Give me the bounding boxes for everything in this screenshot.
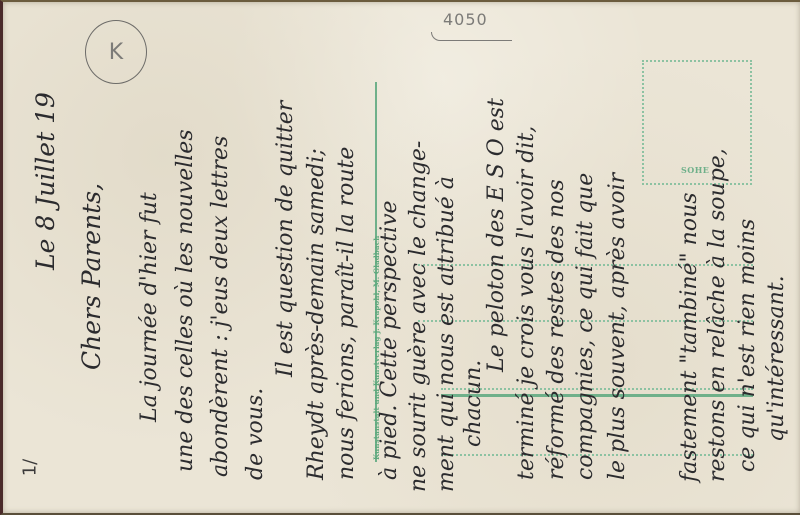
letter-line: nous ferions, paraît-il la route — [336, 147, 358, 480]
letter-line: une des celles où les nouvelles — [175, 129, 197, 472]
letter-line: La journée d'hier fut — [139, 192, 161, 422]
letter-line: ne sourit guère avec le change- — [408, 141, 430, 492]
letter-line: qu'intéressant. — [766, 275, 788, 442]
letter-line: abondèrent : j'eus deux lettres — [210, 136, 232, 477]
reference-number: 4050 — [443, 10, 488, 29]
reference-number-underline — [431, 32, 512, 41]
letter-line: restons en relâche à la soupe, — [707, 148, 729, 482]
letter-line: terminé je crois vous l'avoir dit, — [516, 126, 538, 480]
letter-line: compagnies, ce qui fait que — [575, 173, 597, 480]
letter-line: à pied. Cette perspective — [379, 200, 401, 480]
archive-mark-circle: K — [85, 20, 147, 84]
letter-salutation: Chers Parents, — [79, 183, 104, 370]
postcard-back: K 4050 1/ Kunstanstalt und Kunstverlag J… — [0, 0, 800, 515]
page-number: 1/ — [19, 459, 40, 477]
letter-line: réformé des restes des nos — [546, 179, 568, 480]
letter-line: Le peloton des E S O est — [486, 98, 508, 372]
letter-line: ment qui nous est attribué à — [436, 176, 458, 492]
letter-line: ce qui n'est rien moins — [737, 219, 759, 472]
letter-line: Rheydt après-demain samedi; — [306, 148, 328, 480]
letter-line: le plus souvent, après avoir — [607, 173, 629, 480]
letter-line: Il est question de quitter — [275, 101, 297, 377]
letter-line: chacun. — [463, 360, 485, 447]
letter-line: de vous. — [245, 388, 267, 480]
letter-line: fastement "tambiné" nous — [679, 192, 701, 482]
letter-date: Le 8 Juillet 19 — [33, 92, 58, 270]
archive-mark-letter: K — [109, 40, 123, 65]
